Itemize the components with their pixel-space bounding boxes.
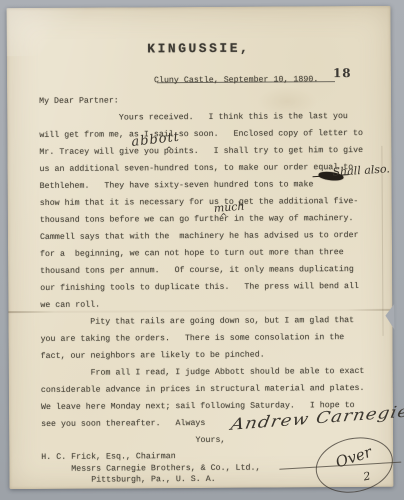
insertion-caret-much: ^ <box>220 213 228 223</box>
letter-body: My Dear Partner: Yours received. I think… <box>39 91 393 450</box>
typed-line: for a beginning, we can not hope to turn… <box>40 244 392 263</box>
typed-line: you are taking the orders. There is some… <box>41 329 393 348</box>
printed-year-prefix: 18 <box>333 66 352 80</box>
date-typed-text: Cluny Castle, September 10, 1890. <box>154 75 318 85</box>
typed-line: Pity that rails are going down so, but I… <box>40 312 392 331</box>
typed-line: My Dear Partner: <box>39 91 391 110</box>
letter-paper: KINGUSSIE, Cluny Castle, September 10, 1… <box>7 6 394 489</box>
footer-address: H. C. Frick, Esq., Chairman Messrs Carne… <box>41 451 260 487</box>
typed-line: we can roll. <box>40 295 392 314</box>
footer-line: Pittsburgh, Pa., U. S. A. <box>41 474 260 487</box>
typed-line: thousand tons per annum. Of course, it o… <box>40 261 392 280</box>
typed-line: considerable advance in prices in struct… <box>41 380 393 399</box>
typed-line: From all I read, I judge Abbott should b… <box>41 363 393 382</box>
letterhead-title: KINGUSSIE, <box>7 40 391 57</box>
insertion-caret-abbott: ^ <box>165 146 173 156</box>
typed-line: our finishing tools to duplicate this. T… <box>40 278 392 297</box>
date-line: Cluny Castle, September 10, 1890. 18 <box>154 68 318 85</box>
typed-line: Cammell says that with the machinery he … <box>40 227 392 246</box>
footer-line: Messrs Carnegie Brothers, & Co., Ltd., <box>41 462 260 475</box>
typed-line: fact, our neighbors are likely to be pin… <box>41 346 393 365</box>
typed-line: Yours received. I think this is the last… <box>39 108 391 127</box>
typed-line: will get from me, as I sail so soon. Enc… <box>39 125 391 144</box>
handwritten-much-insertion: much <box>213 200 245 215</box>
typed-line: Mr. Tracey will give you points. I shall… <box>39 142 391 161</box>
